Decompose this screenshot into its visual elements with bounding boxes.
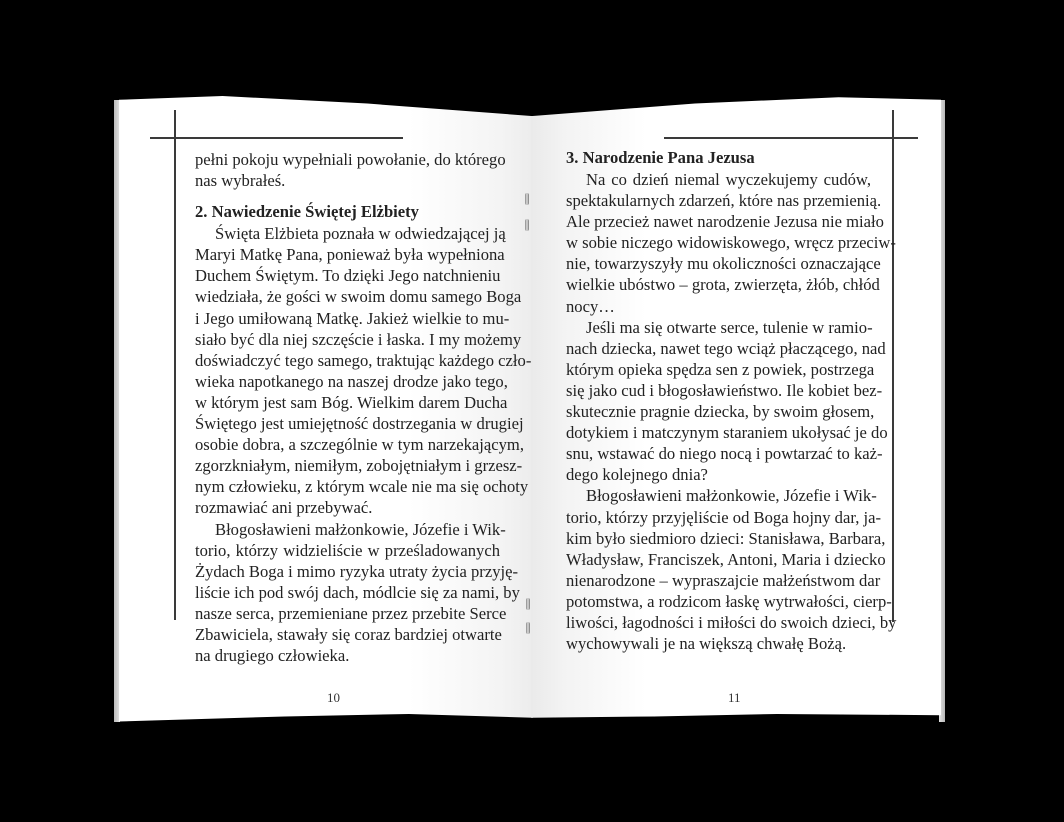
right-page-text: 3. Narodzenie Pana Jezusa Na co dzień ni… — [566, 147, 871, 654]
text-line: snu, wstawać do niego nocą i powtarzać t… — [566, 443, 871, 464]
text-line: nas wybrałeś. — [195, 170, 500, 191]
text-line: i Jego umiłowaną Matkę. Jakież wielkie t… — [195, 308, 500, 329]
text-line: Władysław, Franciszek, Antoni, Maria i d… — [566, 549, 871, 570]
text-line: kim było siedmioro dzieci: Stanisława, B… — [566, 528, 871, 549]
text-line: nym człowieku, z którym wcale nie ma się… — [195, 476, 500, 497]
paragraph: Święta Elżbieta poznała w odwiedzającej … — [195, 223, 500, 518]
text-line: Błogosławieni małżonkowie, Józefie i Wik… — [195, 519, 500, 540]
page-number-right: 11 — [728, 690, 741, 706]
text-line: rozmawiać ani przebywać. — [195, 497, 500, 518]
text-line: doświadczyć tego samego, traktując każde… — [195, 350, 500, 371]
text-line: Ale przecież nawet narodzenie Jezusa nie… — [566, 211, 871, 232]
text-line: na drugiego człowieka. — [195, 645, 500, 666]
text-line: zgorzkniałym, niemiłym, zobojętniałym i … — [195, 455, 500, 476]
text-line: Zbawiciela, stawały się coraz bardziej o… — [195, 624, 500, 645]
text-line: liście ich pod swój dach, módlcie się za… — [195, 582, 500, 603]
paragraph: Na co dzień niemal wyczekujemy cudów, sp… — [566, 169, 871, 317]
open-booklet: pełni pokoju wypełniali powołanie, do kt… — [0, 0, 1064, 822]
text-line: spektakularnych zdarzeń, które nas przem… — [566, 190, 871, 211]
text-line: potomstwa, a rodzicom łaskę wytrwałości,… — [566, 591, 871, 612]
text-line: Błogosławieni małżonkowie, Józefie i Wik… — [566, 485, 871, 506]
crop-mark-left-vertical — [174, 110, 176, 620]
text-line: Maryi Matkę Pana, ponieważ była wypełnio… — [195, 244, 500, 265]
left-page-text: pełni pokoju wypełniali powołanie, do kt… — [195, 149, 500, 666]
text-line: liwości, łagodności i miłości do swoich … — [566, 612, 871, 633]
text-line: nasze serca, przemieniane przez przebite… — [195, 603, 500, 624]
paragraph: Błogosławieni małżonkowie, Józefie i Wik… — [566, 485, 871, 654]
text-line: nie, towarzyszyły mu okoliczności oznacz… — [566, 253, 871, 274]
text-line: w sobie niczego widowiskowego, wręcz prz… — [566, 232, 871, 253]
text-line: Duchem Świętym. To dzięki Jego natchnien… — [195, 265, 500, 286]
text-line: nienarodzone – wypraszajcie małżeństwom … — [566, 570, 871, 591]
text-line: siało być dla niej szczęście i łaska. I … — [195, 329, 500, 350]
crop-mark-top-right-horizontal — [664, 137, 918, 139]
staple-top-2 — [525, 219, 529, 231]
text-line: Świętego jest umiejętność dostrzegania w… — [195, 413, 500, 434]
page-number-left: 10 — [327, 690, 340, 706]
text-line: wielkie ubóstwo – grota, zwierzęta, żłób… — [566, 274, 871, 295]
text-line: nach dziecka, nawet tego wciąż płacząceg… — [566, 338, 871, 359]
text-line: torio, którzy przyjęliście od Boga hojny… — [566, 507, 871, 528]
text-line: torio, którzy widzieliście w prześladowa… — [195, 540, 500, 561]
staple-top-1 — [525, 193, 529, 205]
text-line: nocy… — [566, 296, 871, 317]
text-line: osobie dobra, a szczególnie w tym narzek… — [195, 434, 500, 455]
text-line: się jako cud i błogosławieństwo. Ile kob… — [566, 380, 871, 401]
text-line: wychowywali je na większą chwałę Bożą. — [566, 633, 871, 654]
staple-bottom-1 — [526, 598, 530, 610]
text-line: Na co dzień niemal wyczekujemy cudów, — [566, 169, 871, 190]
text-line: wiedziała, że gości w swoim domu samego … — [195, 286, 500, 307]
text-line: dego kolejnego dnia? — [566, 464, 871, 485]
paragraph: Błogosławieni małżonkowie, Józefie i Wik… — [195, 519, 500, 667]
text-line: Święta Elżbieta poznała w odwiedzającej … — [195, 223, 500, 244]
crop-mark-top-left-horizontal — [150, 137, 403, 139]
section-title: 3. Narodzenie Pana Jezusa — [566, 147, 871, 169]
paragraph: Jeśli ma się otwarte serce, tulenie w ra… — [566, 317, 871, 486]
section-title: 2. Nawiedzenie Świętej Elżbiety — [195, 201, 500, 223]
text-line: skutecznie pragnie dziecka, by swoim gło… — [566, 401, 871, 422]
text-line: Żydach Boga i mimo ryzyka utraty życia p… — [195, 561, 500, 582]
text-line: pełni pokoju wypełniali powołanie, do kt… — [195, 149, 500, 170]
text-line: dotykiem i matczynym staraniem ukołysać … — [566, 422, 871, 443]
text-line: którym opieka spędza sen z powiek, postr… — [566, 359, 871, 380]
text-line: wieka napotkanego na naszej drodze jako … — [195, 371, 500, 392]
staple-bottom-2 — [526, 622, 530, 634]
text-line: w którym jest sam Bóg. Wielkim darem Duc… — [195, 392, 500, 413]
text-line: Jeśli ma się otwarte serce, tulenie w ra… — [566, 317, 871, 338]
crop-mark-right-vertical — [892, 110, 894, 622]
